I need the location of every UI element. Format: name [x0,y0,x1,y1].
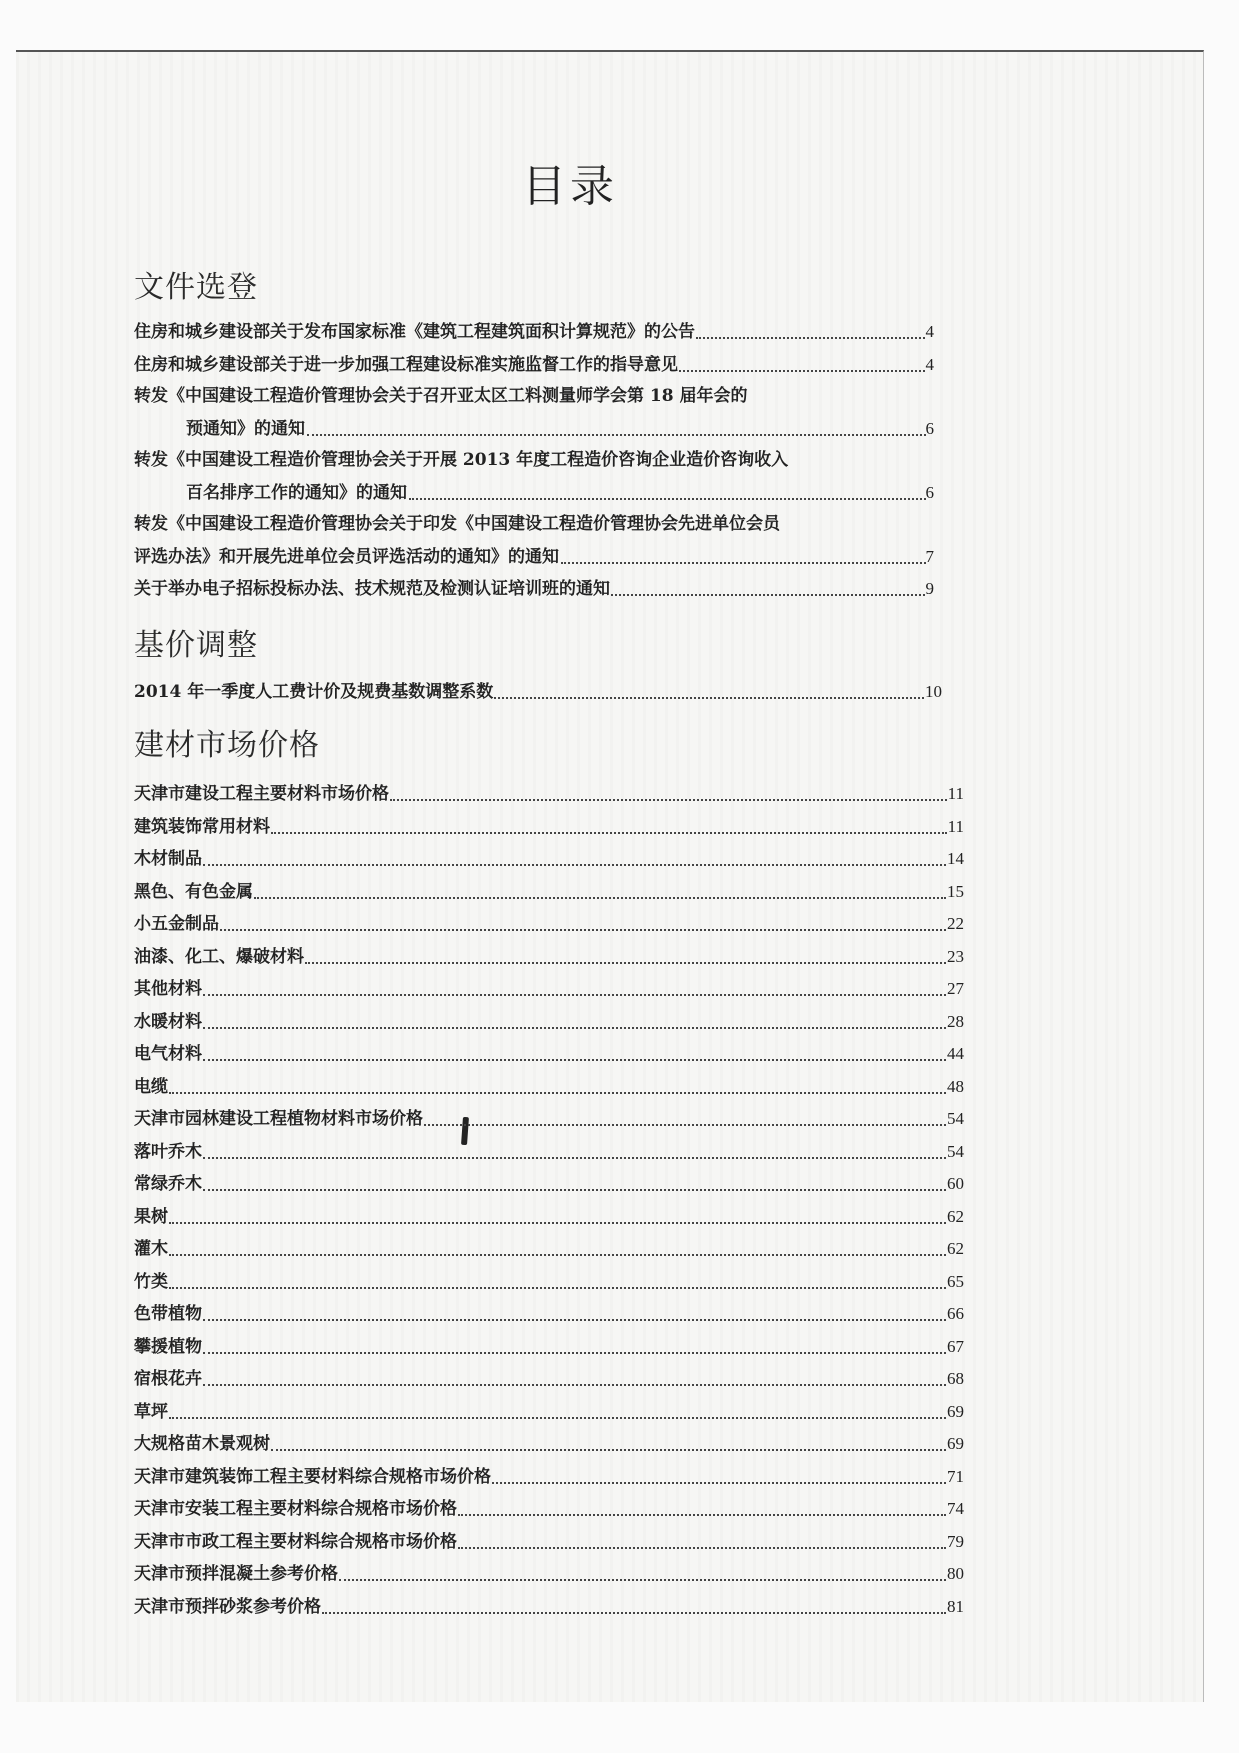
entry-page-number: 7 [926,541,935,573]
entry-title-line1: 转发《中国建设工程造价管理协会关于印发《中国建设工程造价管理协会先进单位会员 [134,509,934,541]
toc-entry[interactable]: 色带植物66 [134,1298,964,1331]
dot-leader [203,1319,946,1321]
section-heading-jiancai: 建材市场价格 [134,720,964,764]
toc-entry[interactable]: 天津市预拌砂浆参考价格81 [134,1591,964,1624]
entry-title: 常绿乔木 [134,1169,202,1201]
entry-title: 2014 年一季度人工费计价及规费基数调整系数 [134,677,493,709]
page-title: 目录 [0,150,1140,214]
toc-entry[interactable]: 转发《中国建设工程造价管理协会关于开展 2013 年度工程造价咨询企业造价咨询收… [134,445,934,509]
toc-entry[interactable]: 住房和城乡建设部关于进一步加强工程建设标准实施监督工作的指导意见 4 [134,349,934,382]
entry-title: 灌木 [134,1234,168,1266]
toc-entry[interactable]: 攀援植物67 [134,1331,964,1364]
dot-leader [409,498,926,500]
entry-page-number: 6 [926,477,935,509]
toc-entry[interactable]: 木材制品14 [134,843,964,876]
entry-title: 天津市建设工程主要材料市场价格 [134,779,389,811]
entry-page-number: 81 [947,1591,964,1623]
entry-title: 天津市市政工程主要材料综合规格市场价格 [134,1527,457,1559]
dot-leader [169,1417,946,1419]
entry-title: 其他材料 [134,974,202,1006]
toc-entry[interactable]: 油漆、化工、爆破材料23 [134,941,964,974]
dot-leader [458,1547,946,1549]
section-heading-wenjian: 文件选登 [134,262,964,306]
entry-title: 黑色、有色金属 [134,877,253,909]
entry-title-line2: 评选办法》和开展先进单位会员评选活动的通知》的通知 [134,542,559,574]
dot-leader [220,929,946,931]
entry-title: 建筑装饰常用材料 [134,812,270,844]
entry-page-number: 22 [947,908,964,940]
entry-page-number: 74 [947,1493,964,1525]
entry-title: 果树 [134,1202,168,1234]
toc-entry[interactable]: 落叶乔木54 [134,1136,964,1169]
entry-page-number: 23 [947,941,964,973]
entry-page-number: 62 [947,1201,964,1233]
entry-title: 天津市预拌砂浆参考价格 [134,1592,321,1624]
entry-page-number: 10 [925,676,942,708]
section-entries-2: 2014 年一季度人工费计价及规费基数调整系数 10 [134,676,942,709]
entry-title: 木材制品 [134,844,202,876]
entry-title-line2: 预通知》的通知 [186,414,305,446]
entry-page-number: 71 [947,1461,964,1493]
dot-leader [494,697,924,699]
dot-leader [696,337,925,339]
toc-entry[interactable]: 住房和城乡建设部关于发布国家标准《建筑工程建筑面积计算规范》的公告 4 [134,316,934,349]
dot-leader [203,1352,946,1354]
dot-leader [169,1254,946,1256]
entry-page-number: 4 [926,349,935,381]
entry-title: 宿根花卉 [134,1364,202,1396]
section-heading-jijia: 基价调整 [134,620,964,664]
toc-entry[interactable]: 电气材料44 [134,1038,964,1071]
entry-page-number: 65 [947,1266,964,1298]
entry-page-number: 66 [947,1298,964,1330]
entry-page-number: 11 [948,811,964,843]
dot-leader [390,799,947,801]
entry-page-number: 14 [947,843,964,875]
dot-leader [254,897,946,899]
toc-entry[interactable]: 宿根花卉68 [134,1363,964,1396]
entry-title: 天津市园林建设工程植物材料市场价格 [134,1104,423,1136]
entry-page-number: 54 [947,1103,964,1135]
entry-title: 住房和城乡建设部关于进一步加强工程建设标准实施监督工作的指导意见 [134,350,678,382]
toc-entry[interactable]: 建筑装饰常用材料11 [134,811,964,844]
dot-leader [203,864,946,866]
entry-title-line1: 转发《中国建设工程造价管理协会关于开展 2013 年度工程造价咨询企业造价咨询收… [134,445,934,477]
toc-entry[interactable]: 竹类65 [134,1266,964,1299]
entry-title: 落叶乔木 [134,1137,202,1169]
entry-title: 竹类 [134,1267,168,1299]
entry-page-number: 6 [926,413,935,445]
toc-entry[interactable]: 天津市建设工程主要材料市场价格11 [134,778,964,811]
toc-entry[interactable]: 大规格苗木景观树69 [134,1428,964,1461]
entry-page-number: 28 [947,1006,964,1038]
toc-entry[interactable]: 电缆48 [134,1071,964,1104]
dot-leader [203,1384,946,1386]
entry-page-number: 11 [948,778,964,810]
entry-title: 小五金制品 [134,909,219,941]
entry-page-number: 80 [947,1558,964,1590]
toc-entry[interactable]: 天津市安装工程主要材料综合规格市场价格74 [134,1493,964,1526]
toc-entry[interactable]: 天津市预拌混凝土参考价格80 [134,1558,964,1591]
toc-entry[interactable]: 小五金制品22 [134,908,964,941]
entry-title: 天津市建筑装饰工程主要材料综合规格市场价格 [134,1462,491,1494]
toc-entry[interactable]: 草坪69 [134,1396,964,1429]
toc-entry[interactable]: 天津市园林建设工程植物材料市场价格54 [134,1103,964,1136]
dot-leader [169,1092,946,1094]
entry-title: 电气材料 [134,1039,202,1071]
toc-entry[interactable]: 转发《中国建设工程造价管理协会关于召开亚太区工料测量师学会第 18 届年会的 预… [134,381,934,445]
entry-title-line2: 百名排序工作的通知》的通知 [186,478,407,510]
toc-entry[interactable]: 灌木62 [134,1233,964,1266]
entry-page-number: 60 [947,1168,964,1200]
dot-leader [611,594,925,596]
toc-entry[interactable]: 转发《中国建设工程造价管理协会关于印发《中国建设工程造价管理协会先进单位会员 评… [134,509,934,573]
entry-title-line1: 转发《中国建设工程造价管理协会关于召开亚太区工料测量师学会第 18 届年会的 [134,381,934,413]
toc-entry[interactable]: 其他材料27 [134,973,964,1006]
dot-leader [271,832,947,834]
entry-title: 电缆 [134,1072,168,1104]
toc-entry[interactable]: 关于举办电子招标投标办法、技术规范及检测认证培训班的通知 9 [134,573,934,606]
dot-leader [203,1059,946,1061]
dot-leader [203,1027,946,1029]
dot-leader [458,1514,946,1516]
dot-leader [305,962,946,964]
dot-leader [492,1482,946,1484]
toc-entry[interactable]: 2014 年一季度人工费计价及规费基数调整系数 10 [134,676,942,709]
entry-page-number: 69 [947,1428,964,1460]
toc-entry[interactable]: 天津市建筑装饰工程主要材料综合规格市场价格71 [134,1461,964,1494]
dot-leader [322,1612,946,1614]
entry-page-number: 54 [947,1136,964,1168]
entry-page-number: 67 [947,1331,964,1363]
entry-page-number: 79 [947,1526,964,1558]
entry-page-number: 4 [926,316,935,348]
entry-title: 天津市预拌混凝土参考价格 [134,1559,338,1591]
entry-title: 关于举办电子招标投标办法、技术规范及检测认证培训班的通知 [134,574,610,606]
dot-leader [203,1189,946,1191]
dot-leader [307,434,926,436]
entry-page-number: 15 [947,876,964,908]
dot-leader [169,1222,946,1224]
entry-title: 草坪 [134,1397,168,1429]
toc-entry[interactable]: 果树62 [134,1201,964,1234]
entry-title: 天津市安装工程主要材料综合规格市场价格 [134,1494,457,1526]
entry-title: 油漆、化工、爆破材料 [134,942,304,974]
table-of-contents: 文件选登 住房和城乡建设部关于发布国家标准《建筑工程建筑面积计算规范》的公告 4… [134,262,964,1623]
dot-leader [561,562,926,564]
dot-leader [679,370,925,372]
dot-leader [169,1287,946,1289]
entry-page-number: 62 [947,1233,964,1265]
entry-page-number: 27 [947,973,964,1005]
toc-entry[interactable]: 天津市市政工程主要材料综合规格市场价格79 [134,1526,964,1559]
entry-title: 色带植物 [134,1299,202,1331]
entry-title: 大规格苗木景观树 [134,1429,270,1461]
dot-leader [203,1157,946,1159]
dot-leader [424,1124,946,1126]
toc-entry[interactable]: 水暖材料28 [134,1006,964,1039]
entry-title: 水暖材料 [134,1007,202,1039]
entry-page-number: 44 [947,1038,964,1070]
entry-title: 攀援植物 [134,1332,202,1364]
entry-page-number: 69 [947,1396,964,1428]
entry-title: 住房和城乡建设部关于发布国家标准《建筑工程建筑面积计算规范》的公告 [134,317,695,349]
entry-page-number: 9 [926,573,935,605]
dot-leader [339,1579,946,1581]
section-entries-3: 天津市建设工程主要材料市场价格11建筑装饰常用材料11木材制品14黑色、有色金属… [134,778,964,1623]
entry-page-number: 48 [947,1071,964,1103]
dot-leader [271,1449,946,1451]
dot-leader [203,994,946,996]
section-entries-1: 住房和城乡建设部关于发布国家标准《建筑工程建筑面积计算规范》的公告 4 住房和城… [134,316,934,606]
toc-entry[interactable]: 常绿乔木60 [134,1168,964,1201]
toc-entry[interactable]: 黑色、有色金属15 [134,876,964,909]
entry-page-number: 68 [947,1363,964,1395]
